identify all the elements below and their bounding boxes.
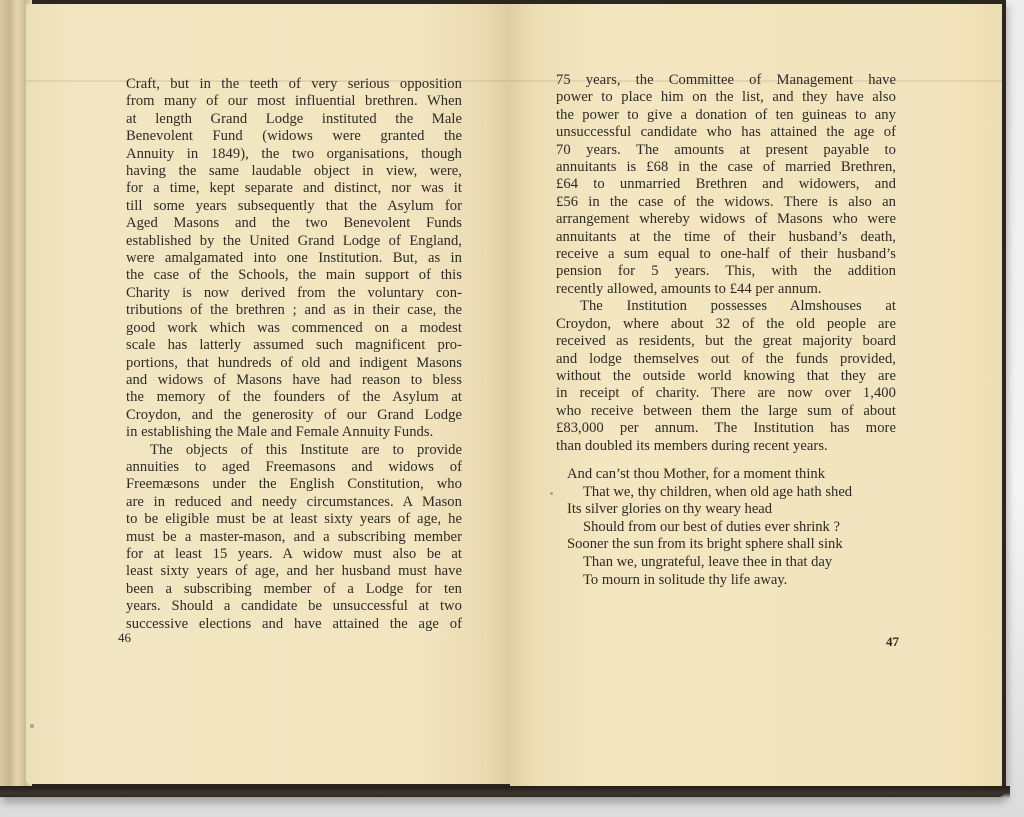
text-line: portions, that hundreds of old and indig…	[126, 355, 462, 372]
paper-speck	[550, 492, 553, 495]
text-line: the case of the Schools, the main suppor…	[126, 267, 462, 284]
text-line: in establishing the Male and Female Annu…	[126, 424, 462, 441]
text-line: for a time, kept separate and distinct, …	[126, 180, 462, 197]
text-line: the memory of the founders of the Asylum…	[126, 389, 462, 406]
text-line: £56 in the case of the widows. There is …	[556, 194, 896, 211]
text-line: good work which was commenced on a modes…	[126, 320, 462, 337]
open-book: Craft, but in the teeth of very serious …	[0, 0, 1006, 797]
text-line: 70 years. The amounts at present payable…	[556, 142, 896, 159]
text-line: Freemæsons under the English Constitutio…	[126, 476, 462, 493]
text-line: tributions of the brethren ; and as in t…	[126, 302, 462, 319]
text-line: least sixty years of age, and her husban…	[126, 563, 462, 580]
text-line: than doubled its members during recent y…	[556, 438, 896, 455]
text-line: Craft, but in the teeth of very serious …	[126, 76, 462, 93]
text-line: from many of our most influential brethr…	[126, 93, 462, 110]
text-line: scale has latterly assumed such magnific…	[126, 337, 462, 354]
paragraph-start-line: The Institution possesses Almshouses at	[556, 298, 896, 315]
text-line: years. Should a candidate be unsuccessfu…	[126, 598, 462, 615]
text-line: Annuity in 1849), the two organisations,…	[126, 146, 462, 163]
paper-speck	[30, 724, 34, 728]
text-line: Charity is now derived from the voluntar…	[126, 285, 462, 302]
text-line: recently allowed, amounts to £44 per ann…	[556, 281, 896, 298]
text-line: annuities to aged Freemasons and widows …	[126, 459, 462, 476]
text-line: and widows of Masons have had reason to …	[126, 372, 462, 389]
text-line: unsuccessful candidate who has attained …	[556, 124, 896, 141]
text-line: having the same laudable object in view,…	[126, 163, 462, 180]
poem-line: Its silver glories on thy weary head	[567, 501, 907, 519]
text-line: Croydon, where about 32 of the old peopl…	[556, 316, 896, 333]
poem-stanza: And can’st thou Mother, for a moment thi…	[567, 466, 907, 589]
text-line: at length Grand Lodge instituted the Mal…	[126, 111, 462, 128]
poem-line: That we, thy children, when old age hath…	[567, 484, 907, 502]
text-line: Croydon, and the generosity of our Grand…	[126, 407, 462, 424]
poem-line: Sooner the sun from its bright sphere sh…	[567, 536, 907, 554]
text-line: £83,000 per annum. The Institution has m…	[556, 420, 896, 437]
text-line: in receipt of charity. There are now ove…	[556, 385, 896, 402]
text-line: pension for 5 years. This, with the addi…	[556, 263, 896, 280]
text-line: Benevolent Fund (widows were granted the	[126, 128, 462, 145]
text-line: the power to give a donation of ten guin…	[556, 107, 896, 124]
text-line: successive elections and have attained t…	[126, 616, 462, 633]
text-line: £64 to unmarried Brethren and widowers, …	[556, 176, 896, 193]
text-line: to be eligible must be at least sixty ye…	[126, 511, 462, 528]
text-line: who receive between them the large sum o…	[556, 403, 896, 420]
book-bottom-edge-shadow	[0, 786, 1010, 798]
poem-line: Should from our best of duties ever shri…	[567, 519, 907, 537]
text-line: arrangement whereby widows of Masons who…	[556, 211, 896, 228]
text-line: been a subscribing member of a Lodge for…	[126, 581, 462, 598]
text-line: without the outside world knowing that t…	[556, 368, 896, 385]
text-line: for at least 15 years. A widow must also…	[126, 546, 462, 563]
text-line: 75 years, the Committee of Management ha…	[556, 72, 896, 89]
right-page-body-text: 75 years, the Committee of Management ha…	[556, 72, 896, 455]
page-number-left: 46	[118, 630, 131, 646]
poem-line: And can’st thou Mother, for a moment thi…	[567, 466, 907, 484]
poem-line: Than we, ungrateful, leave thee in that …	[567, 554, 907, 572]
right-page: 75 years, the Committee of Management ha…	[510, 4, 1002, 790]
page-number-right: 47	[886, 634, 899, 650]
text-line: Aged Masons and the two Benevolent Funds	[126, 215, 462, 232]
text-line: power to place him on the list, and they…	[556, 89, 896, 106]
text-line: receive a sum equal to one-half of their…	[556, 246, 896, 263]
text-line: must be a master-mason, and a subscribin…	[126, 529, 462, 546]
text-line: established by the United Grand Lodge of…	[126, 233, 462, 250]
paragraph-start-line: The objects of this Institute are to pro…	[126, 442, 462, 459]
text-line: are in reduced and needy circumstances. …	[126, 494, 462, 511]
text-line: were amalgamated into one Institution. B…	[126, 250, 462, 267]
poem-line: To mourn in solitude thy life away.	[567, 572, 907, 590]
left-page: Craft, but in the teeth of very serious …	[26, 4, 514, 784]
text-line: till some years subsequently that the As…	[126, 198, 462, 215]
text-line: annuitants at the time of their husband’…	[556, 229, 896, 246]
left-page-body-text: Craft, but in the teeth of very serious …	[126, 76, 462, 633]
text-line: annuitants is £68 in the case of married…	[556, 159, 896, 176]
text-line: received as residents, but the great maj…	[556, 333, 896, 350]
text-line: and lodge themselves out of the funds pr…	[556, 351, 896, 368]
